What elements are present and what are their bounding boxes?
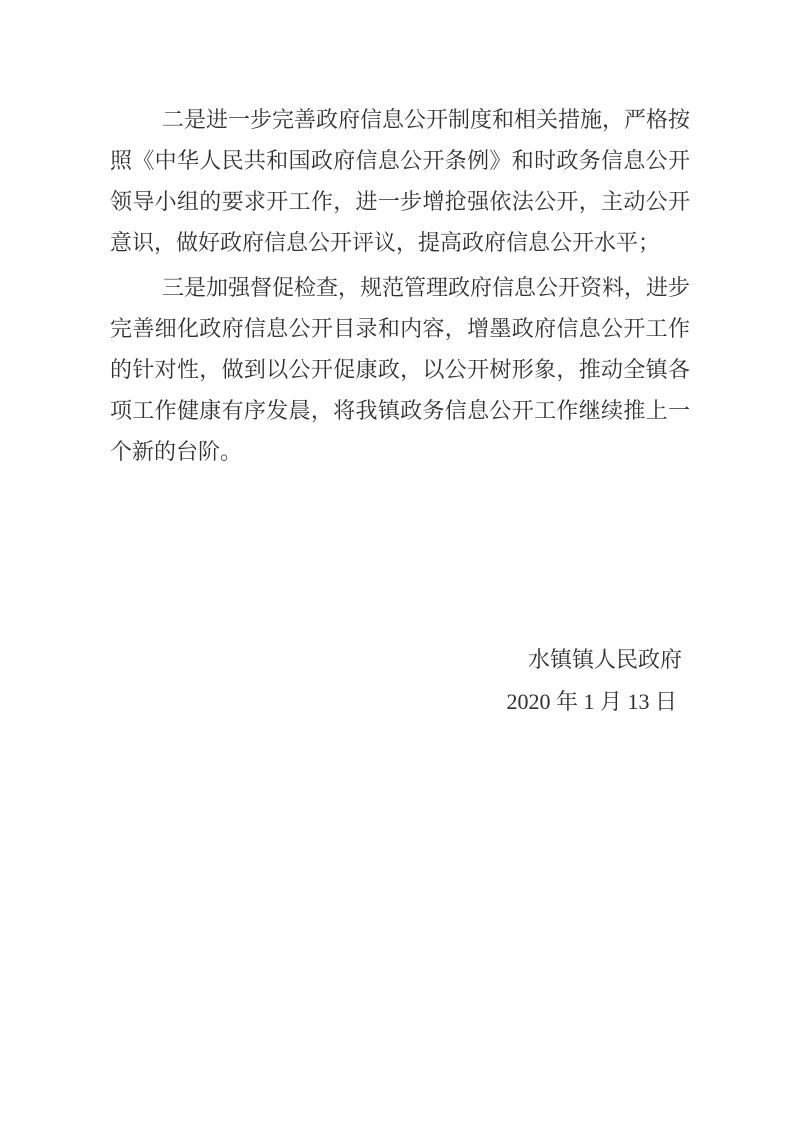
- paragraph-two: 二是进一步完善政府信息公开制度和相关措施，严格按 照《中华人民共和国政府信息公开…: [110, 99, 690, 263]
- signature-organization: 水镇镇人民政府: [506, 639, 682, 681]
- paragraph-three: 三是加强督促检查，规范管理政府信息公开资料，进步 完善细化政府信息公开目录和内容…: [110, 267, 690, 472]
- body-line: 领导小组的要求开工作，进一步增抢强依法公开，主动公开: [110, 181, 690, 222]
- document-page: 二是进一步完善政府信息公开制度和相关措施，严格按 照《中华人民共和国政府信息公开…: [0, 0, 800, 1130]
- signature-date: 2020 年 1 月 13 日: [506, 681, 682, 723]
- body-line: 的针对性，做到以公开促康政，以公开树形象，推动全镇各: [110, 349, 690, 390]
- body-line: 项工作健康有序发晨，将我镇政务信息公开工作继续推上一: [110, 390, 690, 431]
- body-line: 个新的台阶。: [110, 431, 690, 472]
- body-line: 完善细化政府信息公开目录和内容，增墨政府信息公开工作: [110, 308, 690, 349]
- document-body: 二是进一步完善政府信息公开制度和相关措施，严格按 照《中华人民共和国政府信息公开…: [110, 99, 690, 472]
- signature-block: 水镇镇人民政府 2020 年 1 月 13 日: [506, 639, 682, 723]
- body-line: 三是加强督促检查，规范管理政府信息公开资料，进步: [110, 267, 690, 308]
- body-line: 意识，做好政府信息公开评议，提高政府信息公开水平；: [110, 222, 690, 263]
- body-line: 二是进一步完善政府信息公开制度和相关措施，严格按: [110, 99, 690, 140]
- body-line: 照《中华人民共和国政府信息公开条例》和时政务信息公开: [110, 140, 690, 181]
